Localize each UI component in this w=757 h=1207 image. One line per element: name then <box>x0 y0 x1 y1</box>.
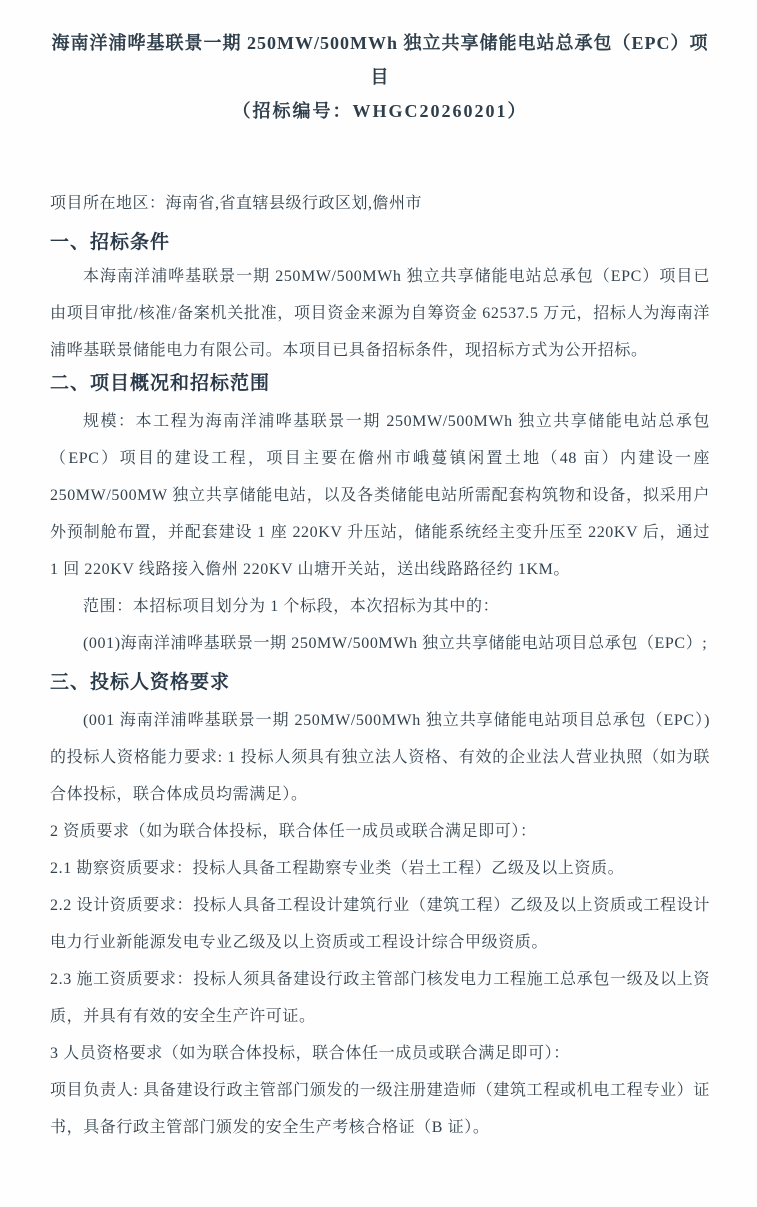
section-heading-bidder-qualifications: 三、投标人资格要求 <box>50 668 710 698</box>
paragraph-construction-qualification-2-3: 2.3 施工资质要求：投标人须具备建设行政主管部门核发电力工程施工总承包一级及以… <box>50 961 710 1035</box>
paragraph-tender-scope: 范围：本招标项目划分为 1 个标段，本次招标为其中的： <box>50 588 710 625</box>
project-location-line: 项目所在地区：海南省,省直辖县级行政区划,儋州市 <box>50 192 710 216</box>
scanned-tender-document-page: 海南洋浦哗基联景一期 250MW/500MWh 独立共享储能电站总承包（EPC）… <box>0 0 757 1207</box>
paragraph-tender-conditions: 本海南洋浦哗基联景一期 250MW/500MWh 独立共享储能电站总承包（EPC… <box>50 258 710 369</box>
paragraph-design-qualification-2-2: 2.2 设计资质要求：投标人具备工程设计建筑行业（建筑工程）乙级及以上资质或工程… <box>50 887 710 961</box>
paragraph-qualification-capability: (001 海南洋浦哗基联景一期 250MW/500MWh 独立共享储能电站项目总… <box>50 702 710 813</box>
paragraph-survey-qualification-2-1: 2.1 勘察资质要求：投标人具备工程勘察专业类（岩土工程）乙级及以上资质。 <box>50 850 710 887</box>
paragraph-project-manager-requirement: 项目负责人: 具备建设行政主管部门颁发的一级注册建造师（建筑工程或机电工程专业）… <box>50 1072 710 1146</box>
section-heading-project-overview: 二、项目概况和招标范围 <box>50 369 710 399</box>
tender-number-subtitle: （招标编号：WHGC20260201） <box>50 94 710 128</box>
document-title: 海南洋浦哗基联景一期 250MW/500MWh 独立共享储能电站总承包（EPC）… <box>50 26 710 94</box>
title-gap <box>50 128 710 192</box>
paragraph-project-scale: 规模：本工程为海南洋浦哗基联景一期 250MW/500MWh 独立共享储能电站总… <box>50 403 710 588</box>
section-heading-tender-conditions: 一、招标条件 <box>50 228 710 258</box>
paragraph-bid-section-001: (001)海南洋浦哗基联景一期 250MW/500MWh 独立共享储能电站项目总… <box>50 625 710 662</box>
paragraph-personnel-requirement-3: 3 人员资格要求（如为联合体投标，联合体任一成员或联合满足即可）： <box>50 1035 710 1072</box>
paragraph-qualification-requirement-2: 2 资质要求（如为联合体投标，联合体任一成员或联合满足即可）： <box>50 813 710 850</box>
